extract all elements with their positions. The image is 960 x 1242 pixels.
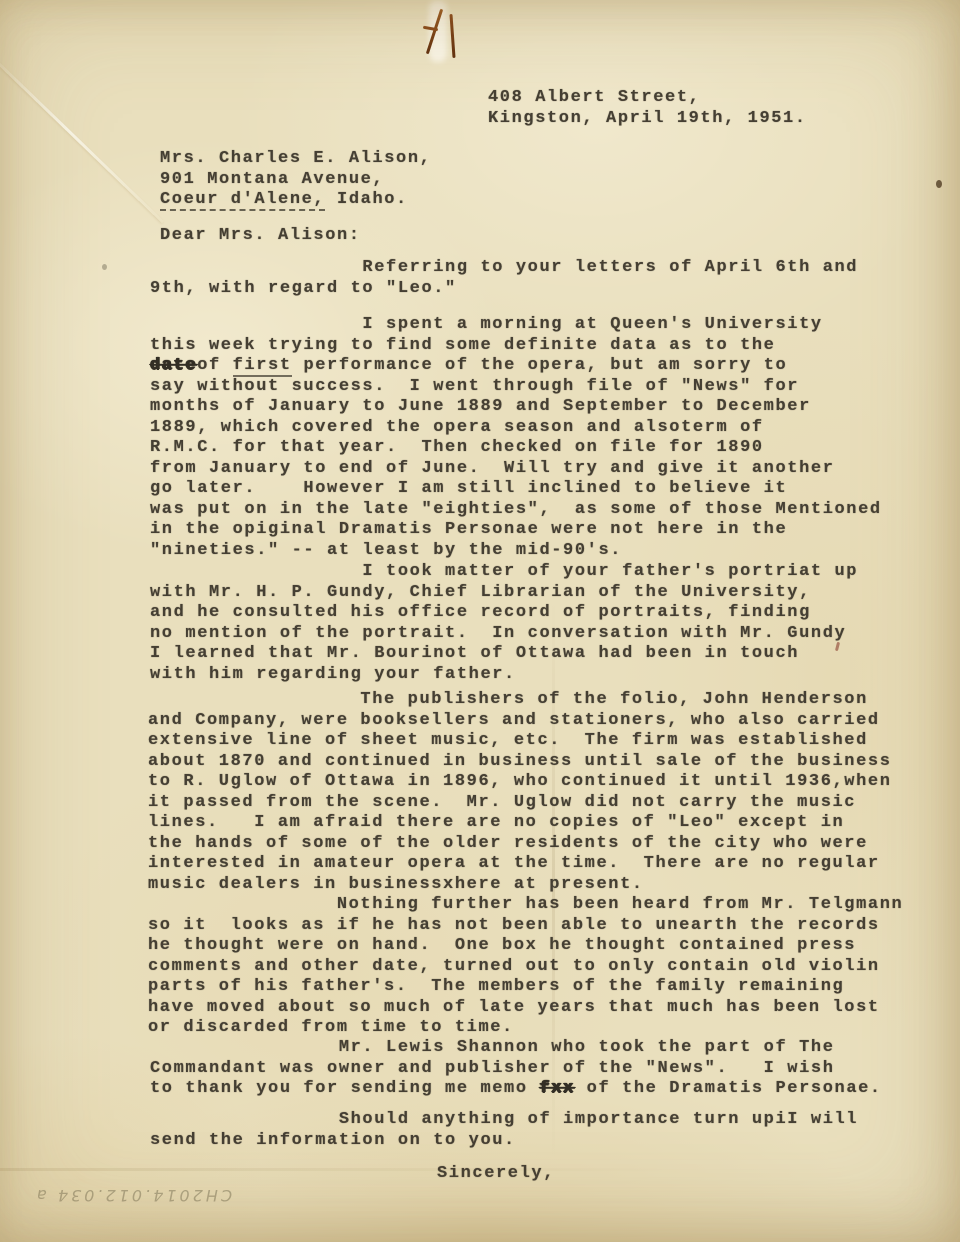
paragraph-2: I spent a morning at Queen's University … bbox=[150, 315, 882, 561]
grey-speck bbox=[102, 264, 107, 270]
paragraph-3: I took matter of your father's portriat … bbox=[150, 562, 858, 685]
paragraph-5: Nothing further has been heard from Mr. … bbox=[148, 895, 903, 1039]
sender-address: 408 Albert Street, Kingston, April 19th,… bbox=[488, 88, 807, 129]
struck-out-word: fxx bbox=[539, 1079, 574, 1098]
paragraph-6: Mr. Lewis Shannon who took the part of T… bbox=[150, 1038, 882, 1100]
paper-crease-top-left bbox=[0, 40, 164, 223]
recipient-name-street: Mrs. Charles E. Alison, 901 Montana Aven… bbox=[160, 149, 431, 189]
ink-speck bbox=[936, 180, 942, 188]
recipient-city-underlined: Coeur d'Alene, bbox=[160, 190, 325, 211]
paragraph-2-text: performance of the opera, but am sorry t… bbox=[150, 356, 882, 560]
recipient-address: Mrs. Charles E. Alison, 901 Montana Aven… bbox=[160, 149, 431, 211]
accession-number-handwritten: CH2014.012.034 a bbox=[34, 1186, 232, 1205]
paragraph-7: Should anything of importance turn upiI … bbox=[150, 1110, 858, 1151]
paragraph-2-text: of bbox=[197, 356, 232, 375]
paragraph-1: Referring to your letters of April 6th a… bbox=[150, 258, 858, 299]
recipient-state: Idaho. bbox=[325, 190, 408, 209]
letter-page: 408 Albert Street, Kingston, April 19th,… bbox=[0, 0, 960, 1242]
closing: Sincerely, bbox=[437, 1164, 555, 1185]
staple-rust-mark bbox=[415, 0, 479, 72]
paragraph-2-text: I spent a morning at Queen's University … bbox=[150, 315, 823, 355]
underlined-word-first: first bbox=[233, 356, 292, 377]
paragraph-6-text: of the Dramatis Personae. bbox=[575, 1079, 882, 1098]
struck-out-word: date bbox=[150, 356, 197, 375]
paper-damage-patch bbox=[429, 0, 447, 62]
salutation: Dear Mrs. Alison: bbox=[160, 226, 361, 247]
paragraph-4: The publishers of the folio, John Hender… bbox=[148, 690, 892, 895]
rust-stroke-icon bbox=[449, 14, 455, 58]
